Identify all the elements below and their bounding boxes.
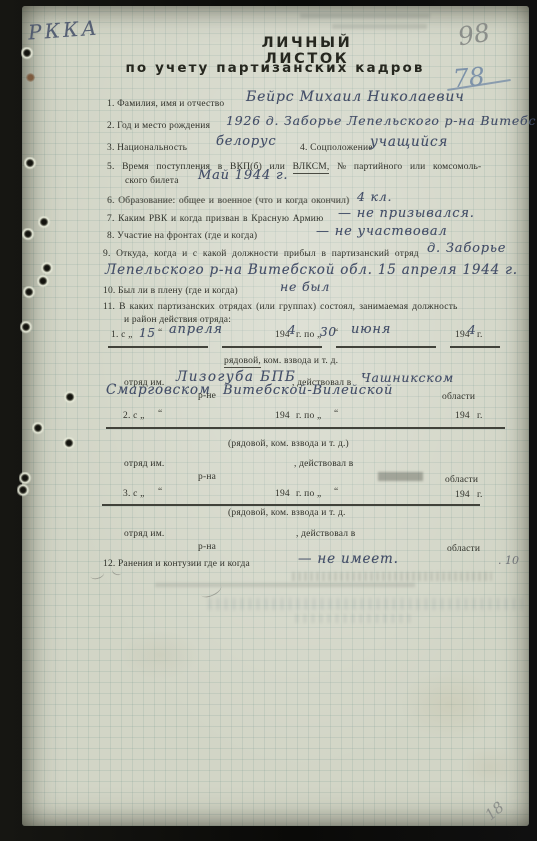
entry3-oblast-label: области xyxy=(447,544,480,554)
field-value-nationality: белорус xyxy=(216,134,276,149)
field-label-wounds: 12. Ранения и контузии где и когда xyxy=(103,559,250,569)
entry3-year1: 194 xyxy=(275,489,290,499)
entry3-acted-label: , действовал в xyxy=(296,529,356,539)
field-value-wounds: — не имеет. xyxy=(298,551,399,567)
stain xyxy=(120,630,200,680)
entry2-rank-note: (рядовой, ком. взвода и т. д.) xyxy=(228,439,349,449)
punch-hole xyxy=(38,216,51,229)
field-label-nationality: 3. Национальность xyxy=(107,143,187,153)
punch-hole xyxy=(17,484,30,497)
entry2-oblast-label: области xyxy=(445,475,478,485)
ink-bleed-ghost xyxy=(300,13,430,18)
field-value-fronts: — не участвовал xyxy=(316,224,448,239)
punch-hole xyxy=(32,422,45,435)
entry2-acted-label: , действовал в xyxy=(294,459,354,469)
entry2-date-mid: г. по „ xyxy=(296,411,321,421)
field-value-birth: 1926 д. Заборье Лепельского р-на Витебск… xyxy=(226,113,537,128)
entry3-district-label: р-на xyxy=(198,542,216,552)
field-value-name: Бейрс Михаил Николаевич xyxy=(246,89,465,105)
entry2-date-suffix: г. xyxy=(477,411,483,421)
entry3-quote: “ xyxy=(334,487,338,497)
field-value-social: учащийся xyxy=(370,134,448,150)
entry3-quote: “ xyxy=(158,487,162,497)
field-value-rvk: — не призывался. xyxy=(338,206,475,221)
entry2-quote: “ xyxy=(158,409,162,419)
entry1-year2-digit: 4 xyxy=(468,323,476,337)
divider xyxy=(108,346,500,348)
entry1-date-suffix: г. xyxy=(477,330,483,340)
entry3-rank-note: (рядовой, ком. взвода и т. д. xyxy=(228,508,346,518)
annotation-rkka: РККА xyxy=(27,16,100,45)
entry2-year2: 194 xyxy=(455,411,470,421)
field-value-origin-2: Лепельского р-на Витебской обл. 15 апрел… xyxy=(105,262,518,278)
entry2-date-prefix: 2. с „ xyxy=(123,411,145,421)
stain xyxy=(460,745,520,790)
entry3-date-mid: г. по „ xyxy=(296,489,321,499)
field-label-fronts: 8. Участие на фронтах (где и когда) xyxy=(107,231,257,241)
entry1-date-prefix: 1. с „ xyxy=(111,330,133,340)
punch-hole xyxy=(64,391,77,404)
entry2-year1: 194 xyxy=(275,411,290,421)
field-label-captivity: 10. Был ли в плену (где и когда) xyxy=(103,286,238,296)
rank-word: рядовой, xyxy=(224,356,261,368)
entry1-date-mid: г. по „ xyxy=(296,330,321,340)
stain xyxy=(26,73,35,82)
margin-note: . 10 xyxy=(498,554,519,567)
entry1-to-month: июня xyxy=(351,322,391,337)
entry3-date-suffix: г. xyxy=(477,490,483,500)
punch-hole xyxy=(63,437,76,450)
field-value-party: Май 1944 г. xyxy=(198,168,288,183)
form-subtitle: по учету партизанских кадров xyxy=(108,60,442,76)
field-label-rvk: 7. Каким РВК и когда призван в Красную А… xyxy=(107,214,323,224)
divider xyxy=(102,504,480,506)
entry1-district-label: р-не xyxy=(198,391,216,401)
entry3-date-prefix: 3. с „ xyxy=(123,489,145,499)
punch-hole xyxy=(41,262,54,275)
rank-rest: ком. взвода и т. д. xyxy=(261,356,338,366)
punch-hole xyxy=(37,275,50,288)
entry1-district-value: Смарговском xyxy=(106,382,211,398)
entry2-unit-label: отряд им. xyxy=(124,459,165,469)
ink-bleed-ghost xyxy=(292,572,492,581)
entry1-quote: “ xyxy=(158,328,162,338)
scan-photo-frame: РККА 98 78 ЛИЧНЫЙ ЛИСТОК по учету партиз… xyxy=(0,0,537,841)
entry2-quote: “ xyxy=(334,409,338,419)
field-label-units: 11. В каких партизанских отрядах (или гр… xyxy=(103,302,458,312)
field-label-origin: 9. Откуда, когда и с какой должности при… xyxy=(103,249,419,259)
field-label-name: 1. Фамилия, имя и отчество xyxy=(107,99,224,109)
field-value-origin-1: д. Заборье xyxy=(427,241,506,256)
field-label-social: 4. Соцположение xyxy=(300,143,373,153)
entry3-unit-label: отряд им. xyxy=(124,529,165,539)
label-underlined: ВЛКСМ, xyxy=(293,162,330,174)
ink-bleed-ghost xyxy=(155,583,415,587)
field-label-party: 5. Время поступления в ВКП(б) или ВЛКСМ,… xyxy=(107,162,481,172)
entry1-rank-note: рядовой, ком. взвода и т. д. xyxy=(224,356,338,366)
field-label-party-2: ского билета xyxy=(125,176,179,186)
stamp-ghost xyxy=(295,614,415,623)
field-label-birth: 2. Год и место рождения xyxy=(107,121,210,131)
entry1-from-day: 15 xyxy=(139,326,156,340)
punch-hole xyxy=(24,157,37,170)
punch-hole xyxy=(23,286,36,299)
entry2-district-label: р-на xyxy=(198,472,216,482)
entry1-oblast-label: области xyxy=(442,392,475,402)
entry1-from-month: апреля xyxy=(169,322,223,337)
entry1-quote: “ xyxy=(334,328,338,338)
field-value-education: 4 кл. xyxy=(357,189,392,204)
label-part: № партийного или комсомоль- xyxy=(329,162,481,172)
page-number-pencil: 98 xyxy=(456,18,492,52)
field-label-education: 6. Образование: общее и военное (что и к… xyxy=(107,196,349,206)
field-value-captivity: не был xyxy=(280,279,330,294)
stain xyxy=(400,670,500,740)
ink-bleed-ghost xyxy=(332,24,427,29)
smudge xyxy=(378,472,423,481)
entry3-year2: 194 xyxy=(455,490,470,500)
entry1-oblast-value: Витебской-Вилейской xyxy=(223,383,393,398)
punch-hole xyxy=(20,321,33,334)
punch-hole xyxy=(21,47,34,60)
stamp-ghost xyxy=(208,598,523,610)
punch-hole xyxy=(22,228,35,241)
divider xyxy=(106,427,505,429)
